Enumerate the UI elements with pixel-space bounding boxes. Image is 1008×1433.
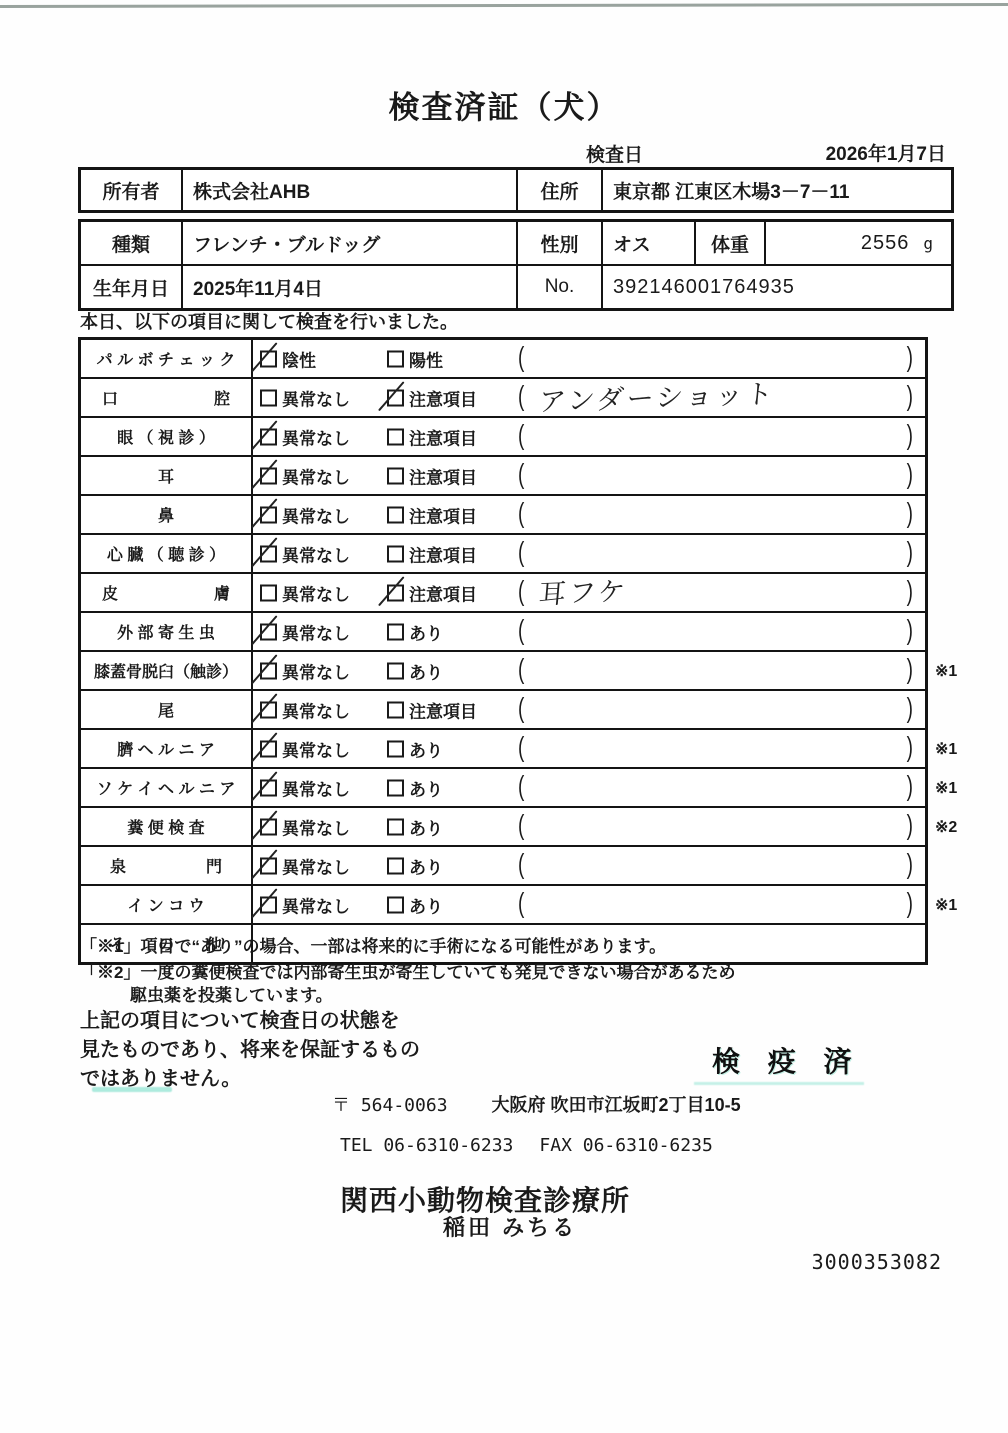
option1-checkbox[interactable] [260, 389, 277, 406]
option2-checkbox[interactable] [387, 389, 404, 406]
paren-close: ) [907, 616, 913, 648]
weight-value-cell: 2556 g [766, 222, 951, 264]
checklist-item-label: 膝蓋骨脱臼（触診） [81, 652, 253, 689]
animal-table: 種類 フレンチ・ブルドッグ 性別 オス 体重 2556 g 生年月日 2025年… [78, 219, 954, 311]
paren-close: ) [907, 499, 913, 531]
paren-close: ) [907, 577, 913, 609]
checklist-item-label: 口 腔 [81, 379, 253, 416]
checklist-row: 臍 ヘ ル ニ ア 異常なし あり ( ) ※1 [81, 728, 925, 767]
paren-close: ) [907, 889, 913, 921]
checklist-item-label: 臍 ヘ ル ニ ア [81, 730, 253, 767]
option2-group: あり [387, 658, 443, 683]
checklist-item-label: 心 臓 （ 聴 診 ） [81, 535, 253, 572]
handwritten-check-slash [251, 342, 278, 372]
option2-label: 注意項目 [409, 697, 477, 722]
tel-number: TEL 06-6310-6233 [340, 1135, 513, 1156]
fax-number: FAX 06-6310-6235 [539, 1135, 712, 1156]
address-label: 住所 [518, 170, 603, 210]
scan-artifact-teal-smudge [92, 1087, 172, 1092]
option2-group: あり [387, 775, 443, 800]
option2-group: 陽性 [387, 346, 443, 371]
no-value: 392146001764935 [603, 266, 951, 308]
examiner-name: 稲田 みちる [443, 1211, 577, 1242]
checklist-item-content: 異常なし あり ( ) [253, 613, 925, 650]
option2-label: 注意項目 [409, 502, 477, 527]
option1-group: 異常なし [260, 463, 350, 488]
handwritten-check-slash [251, 732, 278, 762]
page-title: 検査済証（犬） [0, 82, 1008, 127]
no-label: No. [518, 266, 603, 308]
breed-row: 種類 フレンチ・ブルドッグ 性別 オス 体重 2556 g [81, 222, 951, 264]
paren-open: ( [518, 421, 524, 453]
option1-label: 異常なし [282, 580, 350, 605]
checklist-item-content: 異常なし 注意項目 ( ) [253, 535, 925, 572]
option1-label: 異常なし [282, 424, 350, 449]
checklist-remark: ※1 [935, 739, 957, 759]
paren-open: ( [518, 850, 524, 882]
checklist-row: 心 臓 （ 聴 診 ） 異常なし 注意項目 ( ) [81, 533, 925, 572]
checklist-item-label: 皮 膚 [81, 574, 253, 611]
handwritten-note: 耳フケ [537, 569, 630, 611]
option1-checkbox[interactable] [260, 623, 277, 640]
option1-group: 異常なし [260, 814, 350, 839]
paren-close: ) [907, 694, 913, 726]
checklist-item-label: イ ン コ ウ [81, 886, 253, 923]
option1-label: 異常なし [282, 385, 350, 410]
scanned-certificate-page: 検査済証（犬） 検査日 2026年1月7日 所有者 株式会社AHB 住所 東京都… [0, 0, 1008, 1433]
footnote-1: 「※1」項目で“あり”の場合、一部は将来的に手術になる可能性があります。 [80, 932, 666, 957]
option1-label: 異常なし [282, 541, 350, 566]
handwritten-check-slash [251, 654, 278, 684]
paren-close: ) [907, 733, 913, 765]
checklist-row: 外 部 寄 生 虫 異常なし あり ( ) [81, 611, 925, 650]
checklist-item-content: 異常なし 注意項目 ( ) [253, 457, 925, 494]
option2-checkbox[interactable] [387, 584, 404, 601]
paren-open: ( [518, 772, 524, 804]
option1-group: 異常なし [260, 892, 350, 917]
option2-group: 注意項目 [387, 424, 477, 449]
option1-checkbox[interactable] [260, 701, 277, 718]
handwritten-note: アンダーショット [537, 372, 777, 419]
option1-group: 異常なし [260, 775, 350, 800]
checklist-remark: ※1 [935, 778, 957, 798]
paren-close: ) [907, 538, 913, 570]
paren-open: ( [518, 538, 524, 570]
option1-label: 異常なし [282, 853, 350, 878]
paren-open: ( [518, 577, 524, 609]
sex-value: オス [603, 222, 696, 264]
clinic-address: 大阪府 吹田市江坂町2丁目10-5 [492, 1091, 741, 1117]
option2-label: 陽性 [409, 346, 443, 371]
option2-label: 注意項目 [409, 580, 477, 605]
option2-checkbox[interactable] [387, 740, 404, 757]
option1-label: 異常なし [282, 736, 350, 761]
scan-artifact-top-line [0, 3, 1008, 8]
option2-checkbox[interactable] [387, 623, 404, 640]
option2-group: あり [387, 619, 443, 644]
checklist-row: パ ル ボ チ ェ ッ ク 陰性 陽性 ( ) [81, 340, 925, 377]
option2-label: あり [409, 892, 443, 917]
checklist-row: 膝蓋骨脱臼（触診） 異常なし あり ( ) ※1 [81, 650, 925, 689]
statement-line: 見たものであり、将来を保証するもの [80, 1036, 420, 1065]
checklist-item-label: 眼 （ 視 診 ） [81, 418, 253, 455]
option1-label: 異常なし [282, 463, 350, 488]
option2-group: 注意項目 [387, 580, 477, 605]
checklist-remark: ※2 [935, 817, 957, 837]
option1-checkbox[interactable] [260, 857, 277, 874]
checklist-item-content: 異常なし 注意項目 ( ) [253, 691, 925, 728]
paren-close: ) [907, 811, 913, 843]
option1-group: 異常なし [260, 424, 350, 449]
option1-checkbox[interactable] [260, 779, 277, 796]
option1-label: 異常なし [282, 619, 350, 644]
checklist-item-label: パ ル ボ チ ェ ッ ク [81, 340, 253, 377]
paren-close: ) [907, 343, 913, 375]
checklist-row: 耳 異常なし 注意項目 ( ) [81, 455, 925, 494]
owner-value: 株式会社AHB [183, 170, 518, 210]
handwritten-check-slash [251, 693, 278, 723]
handwritten-check-slash [251, 537, 278, 567]
owner-label: 所有者 [81, 170, 183, 210]
option2-checkbox[interactable] [387, 467, 404, 484]
paren-open: ( [518, 616, 524, 648]
option1-checkbox[interactable] [260, 350, 277, 367]
checklist-item-content: 陰性 陽性 ( ) [253, 340, 925, 377]
handwritten-check-slash [251, 888, 278, 918]
option2-group: 注意項目 [387, 541, 477, 566]
option2-label: あり [409, 814, 443, 839]
statement-line: 上記の項目について検査日の状態を [80, 1007, 420, 1036]
checklist-row: ソ ケ イ ヘ ル ニ ア 異常なし あり ( ) ※1 [81, 767, 925, 806]
option2-label: あり [409, 736, 443, 761]
option1-label: 異常なし [282, 658, 350, 683]
checklist-item-content: 異常なし あり ( ) [253, 847, 925, 884]
clinic-postal-line: 〒 564-0063 大阪府 吹田市江坂町2丁目10-5 [332, 1091, 741, 1117]
option1-label: 異常なし [282, 814, 350, 839]
handwritten-check-slash [251, 498, 278, 528]
option2-checkbox[interactable] [387, 779, 404, 796]
owner-table: 所有者 株式会社AHB 住所 東京都 江東区木場3－7－11 [78, 167, 954, 213]
option1-checkbox[interactable] [260, 428, 277, 445]
handwritten-check-slash [251, 615, 278, 645]
birth-row: 生年月日 2025年11月4日 No. 392146001764935 [81, 264, 951, 308]
checklist-row: 糞 便 検 査 異常なし あり ( ) ※2 [81, 806, 925, 845]
option1-checkbox[interactable] [260, 545, 277, 562]
checklist-item-label: 泉 門 [81, 847, 253, 884]
breed-label: 種類 [81, 222, 183, 264]
option1-label: 異常なし [282, 775, 350, 800]
footnote-2-line2: 駆虫薬を投薬しています。 [130, 981, 333, 1006]
postal-code: 〒 564-0063 [332, 1091, 448, 1117]
serial-number: 3000353082 [812, 1250, 942, 1274]
checklist-item-content: 異常なし あり ( ) [253, 769, 925, 806]
birthdate-value: 2025年11月4日 [183, 266, 518, 308]
paren-open: ( [518, 889, 524, 921]
disclaimer-statement: 上記の項目について検査日の状態を 見たものであり、将来を保証するもの ではありま… [80, 1007, 420, 1094]
checklist-item-label: 鼻 [81, 496, 253, 533]
option2-checkbox[interactable] [387, 857, 404, 874]
option1-group: 異常なし [260, 619, 350, 644]
option2-group: あり [387, 853, 443, 878]
checklist-item-content: 異常なし 注意項目 ( アンダーショット ) [253, 379, 925, 416]
option2-checkbox[interactable] [387, 701, 404, 718]
option2-checkbox[interactable] [387, 818, 404, 835]
option1-group: 異常なし [260, 385, 350, 410]
paren-open: ( [518, 460, 524, 492]
option2-label: あり [409, 775, 443, 800]
checklist-row: 眼 （ 視 診 ） 異常なし 注意項目 ( ) [81, 416, 925, 455]
scan-artifact-teal-line [694, 1082, 864, 1085]
paren-open: ( [518, 811, 524, 843]
paren-close: ) [907, 421, 913, 453]
weight-value: 2556 [861, 232, 910, 255]
option2-group: あり [387, 892, 443, 917]
handwritten-check-slash [378, 381, 405, 411]
checklist-item-label: 耳 [81, 457, 253, 494]
paren-close: ) [907, 382, 913, 414]
option2-label: 注意項目 [409, 424, 477, 449]
option1-checkbox[interactable] [260, 584, 277, 601]
handwritten-check-slash [251, 771, 278, 801]
option2-label: あり [409, 619, 443, 644]
inspection-date-value: 2026年1月7日 [826, 139, 946, 166]
paren-close: ) [907, 460, 913, 492]
paren-open: ( [518, 343, 524, 375]
intro-text: 本日、以下の項目に関して検査を行いました。 [80, 308, 458, 334]
handwritten-check-slash [378, 576, 405, 606]
breed-value: フレンチ・ブルドッグ [183, 222, 518, 264]
option2-checkbox[interactable] [387, 662, 404, 679]
option1-group: 異常なし [260, 736, 350, 761]
option2-label: 注意項目 [409, 541, 477, 566]
paren-close: ) [907, 655, 913, 687]
option1-label: 異常なし [282, 502, 350, 527]
handwritten-check-slash [251, 849, 278, 879]
checklist-item-label: 外 部 寄 生 虫 [81, 613, 253, 650]
paren-close: ) [907, 850, 913, 882]
option1-group: 異常なし [260, 580, 350, 605]
option2-checkbox[interactable] [387, 506, 404, 523]
option2-checkbox[interactable] [387, 350, 404, 367]
checklist-row: イ ン コ ウ 異常なし あり ( ) ※1 [81, 884, 925, 923]
checklist-item-content: 異常なし あり ( ) [253, 652, 925, 689]
option1-checkbox[interactable] [260, 467, 277, 484]
birthdate-label: 生年月日 [81, 266, 183, 308]
address-value: 東京都 江東区木場3－7－11 [603, 170, 951, 210]
option1-checkbox[interactable] [260, 740, 277, 757]
option1-group: 異常なし [260, 697, 350, 722]
checklist-item-content: 異常なし あり ( ) [253, 886, 925, 923]
option2-group: 注意項目 [387, 463, 477, 488]
checklist-item-content: 異常なし 注意項目 ( ) [253, 418, 925, 455]
paren-open: ( [518, 694, 524, 726]
checklist-table: パ ル ボ チ ェ ッ ク 陰性 陽性 ( ) 口 腔 [78, 337, 928, 965]
paren-open: ( [518, 733, 524, 765]
checklist-item-label: ソ ケ イ ヘ ル ニ ア [81, 769, 253, 806]
option2-label: 注意項目 [409, 385, 477, 410]
option1-label: 陰性 [282, 346, 316, 371]
paren-open: ( [518, 655, 524, 687]
option1-checkbox[interactable] [260, 506, 277, 523]
option2-checkbox[interactable] [387, 896, 404, 913]
option2-group: あり [387, 814, 443, 839]
checklist-item-content: 異常なし 注意項目 ( ) [253, 496, 925, 533]
checklist-row: 皮 膚 異常なし 注意項目 ( 耳フケ ) [81, 572, 925, 611]
paren-close: ) [907, 772, 913, 804]
sex-label: 性別 [518, 222, 603, 264]
checklist-item-label: 尾 [81, 691, 253, 728]
checklist-item-content: 異常なし 注意項目 ( 耳フケ ) [253, 574, 925, 611]
option2-label: あり [409, 853, 443, 878]
clinic-tel-line: TEL 06-6310-6233 FAX 06-6310-6235 [340, 1135, 713, 1156]
option1-group: 異常なし [260, 502, 350, 527]
option2-group: 注意項目 [387, 697, 477, 722]
handwritten-check-slash [251, 459, 278, 489]
checklist-row: 口 腔 異常なし 注意項目 ( アンダーショット ) [81, 377, 925, 416]
checklist-item-label: 糞 便 検 査 [81, 808, 253, 845]
option2-label: あり [409, 658, 443, 683]
quarantine-stamp: 検 疫 済 [712, 1040, 862, 1080]
paren-open: ( [518, 499, 524, 531]
option2-checkbox[interactable] [387, 545, 404, 562]
checklist-remark: ※1 [935, 661, 957, 681]
option2-group: 注意項目 [387, 385, 477, 410]
checklist-item-content: 異常なし あり ( ) [253, 808, 925, 845]
option1-group: 異常なし [260, 853, 350, 878]
option1-checkbox[interactable] [260, 662, 277, 679]
weight-unit: g [923, 234, 933, 253]
option2-group: あり [387, 736, 443, 761]
paren-open: ( [518, 382, 524, 414]
checklist-row: 尾 異常なし 注意項目 ( ) [81, 689, 925, 728]
option1-label: 異常なし [282, 697, 350, 722]
handwritten-check-slash [251, 420, 278, 450]
option1-checkbox[interactable] [260, 818, 277, 835]
checklist-row: 鼻 異常なし 注意項目 ( ) [81, 494, 925, 533]
owner-row: 所有者 株式会社AHB 住所 東京都 江東区木場3－7－11 [81, 170, 951, 210]
inspection-date-label: 検査日 [586, 140, 643, 167]
checklist-item-content: 異常なし あり ( ) [253, 730, 925, 767]
weight-label: 体重 [696, 222, 766, 264]
handwritten-check-slash [251, 810, 278, 840]
checklist-remark: ※1 [935, 895, 957, 915]
checklist-row: 泉 門 異常なし あり ( ) [81, 845, 925, 884]
option1-group: 陰性 [260, 346, 316, 371]
option2-group: 注意項目 [387, 502, 477, 527]
option1-label: 異常なし [282, 892, 350, 917]
footnote-2-line1: 「※2」一度の糞便検査では内部寄生虫が寄生していても発見できない場合があるため [80, 958, 735, 983]
option1-group: 異常なし [260, 541, 350, 566]
option1-group: 異常なし [260, 658, 350, 683]
option1-checkbox[interactable] [260, 896, 277, 913]
option2-checkbox[interactable] [387, 428, 404, 445]
option2-label: 注意項目 [409, 463, 477, 488]
